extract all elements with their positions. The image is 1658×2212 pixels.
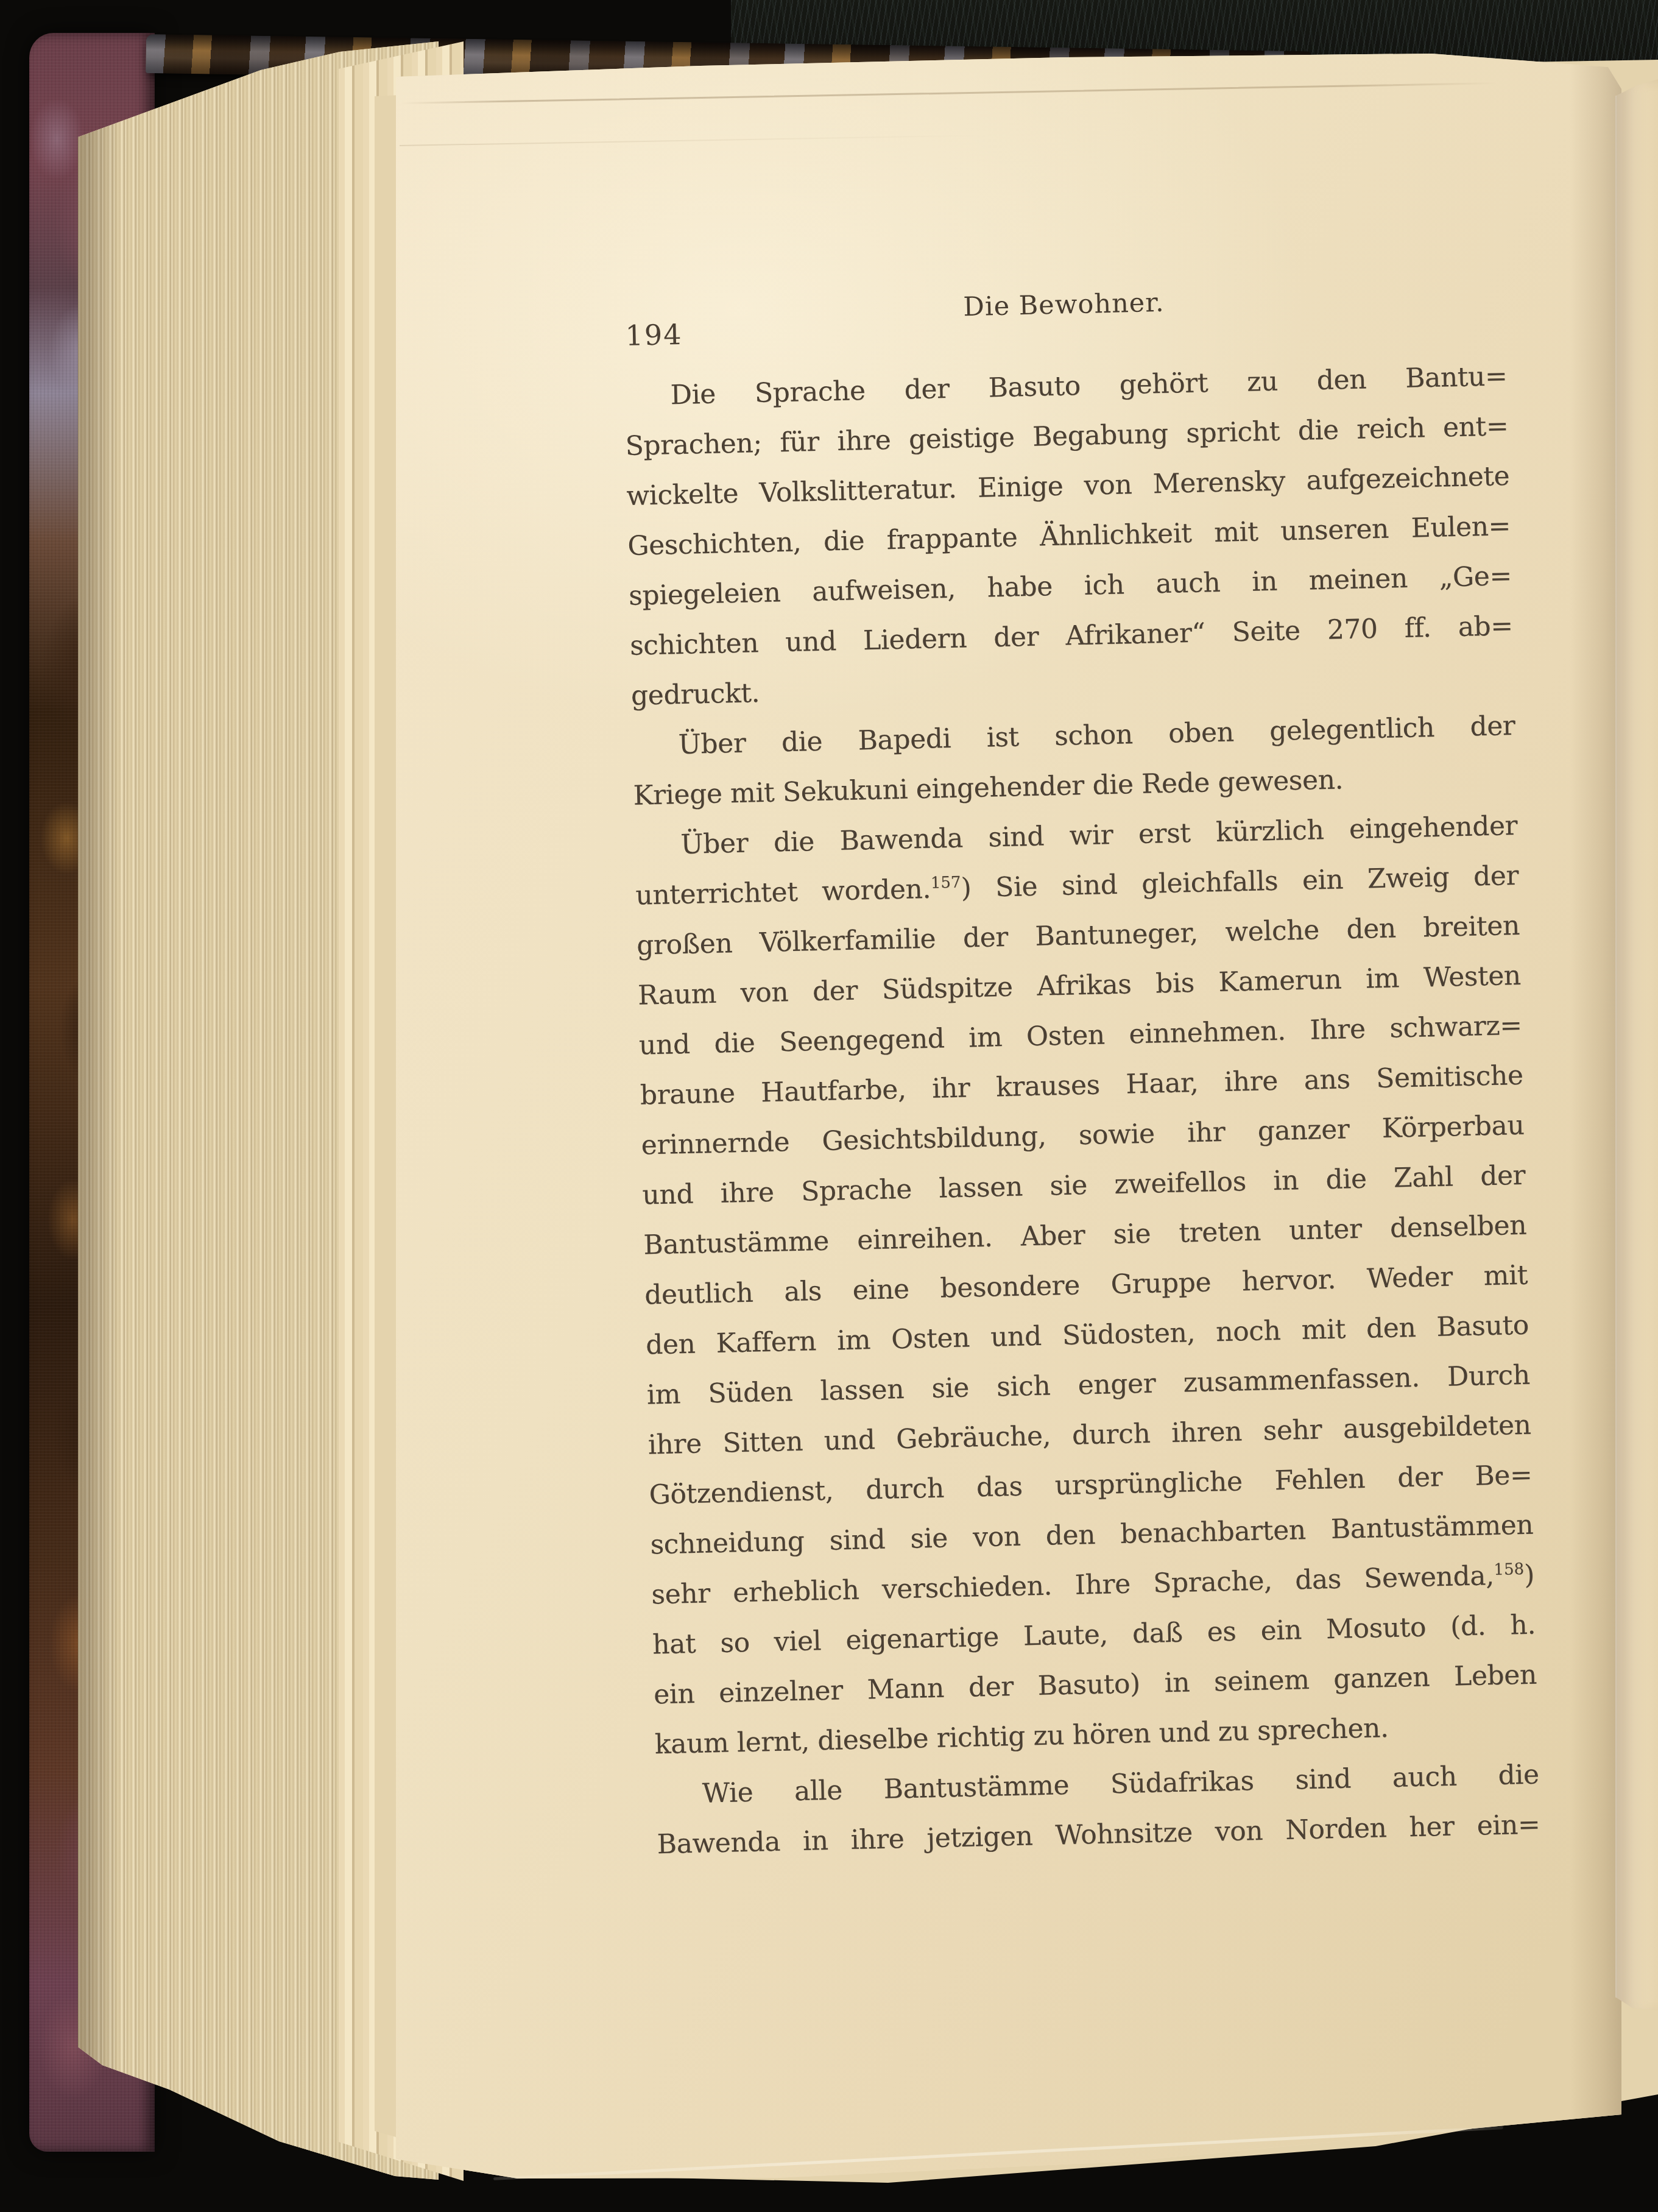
page-number: 194	[625, 318, 683, 352]
text-segment: Die Sprache der Basuto gehört zu den Ban…	[670, 361, 1508, 411]
footnote-ref: 157	[930, 874, 961, 892]
text-segment: Über die Bawenda sind wir erst kürzlich …	[680, 810, 1518, 860]
book-photo-scene: Die Bewohner. 194 Die Sprache der Basuto…	[0, 0, 1658, 2212]
text-segment: Bawenda in ihre jetzigen Wohnsitze von N…	[657, 1809, 1540, 1860]
text-segment: kaum lernt, dieselbe richtig zu hören un…	[654, 1712, 1389, 1760]
text-block: Die Bewohner. 194 Die Sprache der Basuto…	[621, 248, 1542, 1943]
text-segment: Kriege mit Sekukuni eingehender die Rede…	[633, 764, 1344, 811]
text-segment: sehr erheblich verschieden. Ihre Sprache…	[651, 1560, 1494, 1610]
text-segment: Über die Bapedi ist schon oben gelegentl…	[678, 710, 1515, 760]
text-segment: unterrichtet worden.	[635, 874, 931, 911]
page-gutter-fold	[1615, 78, 1658, 2015]
text-segment: )	[1524, 1560, 1535, 1591]
text-segment: gedruckt.	[630, 677, 760, 712]
text-segment: schichten und Liedern der Afrikaner“ Sei…	[629, 610, 1513, 662]
text-segment: ) Sie sind gleichfalls ein Zweig der	[961, 860, 1519, 904]
body-text: Die Sprache der Basuto gehört zu den Ban…	[621, 248, 1540, 1870]
text-segment: Wie alle Bantustämme Südafrikas sind auc…	[702, 1759, 1539, 1809]
footnote-ref: 158	[1494, 1560, 1524, 1579]
text-segment: ein einzelner Mann der Basuto) in seinem…	[654, 1659, 1537, 1711]
